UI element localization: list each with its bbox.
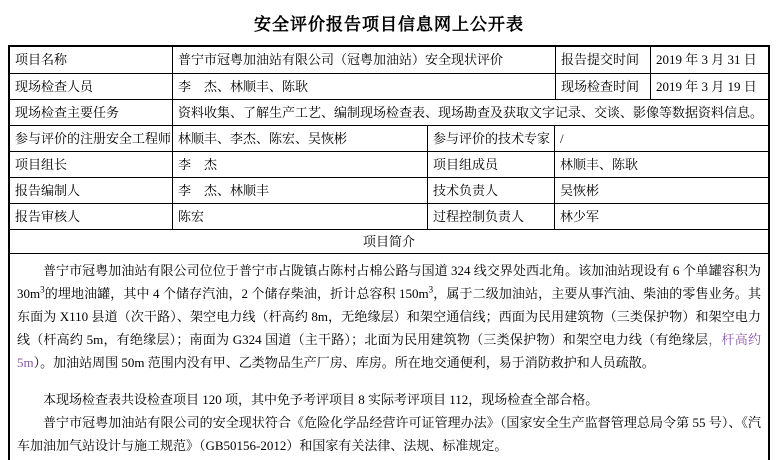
value-project-name: 普宁市冠粤加油站有限公司（冠粤加油站）安全现状评价 (172, 47, 555, 73)
project-info-table: 项目名称 普宁市冠粤加油站有限公司（冠粤加油站）安全现状评价 报告提交时间 20… (8, 45, 770, 460)
value-technical-director: 吴恢彬 (554, 178, 768, 203)
value-project-members: 林顺丰、陈耿 (554, 152, 768, 177)
value-inspection-tasks: 资料收集、了解生产工艺、编制现场检查表、现场勘查及获取文字记录、交谈、影像等数据… (172, 100, 768, 125)
table-row-project-leader: 项目组长 李 杰 项目组成员 林顺丰、陈耿 (10, 151, 768, 177)
table-row-report-reviewer: 报告审核人 陈宏 过程控制负责人 林少军 (10, 203, 768, 229)
table-row-engineers: 参与评价的注册安全工程师 林顺丰、李杰、陈宏、吴恢彬 参与评价的技术专家 / (10, 125, 768, 151)
value-registered-engineers: 林顺丰、李杰、陈宏、吴恢彬 (172, 126, 427, 151)
value-technical-experts: / (554, 126, 768, 151)
label-technical-experts: 参与评价的技术专家 (427, 126, 554, 151)
label-inspection-tasks: 现场检查主要任务 (10, 100, 172, 125)
value-inspection-time: 2019 年 3 月 19 日 (650, 74, 768, 99)
value-report-submit-time: 2019 年 3 月 31 日 (650, 47, 768, 73)
label-site-inspectors: 现场检查人员 (10, 74, 172, 99)
project-intro-text: 普宁市冠粤加油站有限公司位位于普宁市占陇镇占陈村占棉公路与国道 324 线交界处… (10, 254, 768, 460)
table-row-inspectors: 现场检查人员 李 杰、林顺丰、陈耿 现场检查时间 2019 年 3 月 19 日 (10, 73, 768, 99)
label-inspection-time: 现场检查时间 (555, 74, 650, 99)
label-process-control-manager: 过程控制负责人 (427, 204, 554, 229)
section-header-project-intro: 项目简介 (10, 230, 768, 253)
value-report-reviewer: 陈宏 (172, 204, 427, 229)
label-technical-director: 技术负责人 (427, 178, 554, 203)
table-row-inspection-tasks: 现场检查主要任务 资料收集、了解生产工艺、编制现场检查表、现场勘查及获取文字记录… (10, 99, 768, 125)
label-report-reviewer: 报告审核人 (10, 204, 172, 229)
table-row-project-intro: 普宁市冠粤加油站有限公司位位于普宁市占陇镇占陈村占棉公路与国道 324 线交界处… (10, 253, 768, 460)
value-site-inspectors: 李 杰、林顺丰、陈耿 (172, 74, 555, 99)
table-row-project-name: 项目名称 普宁市冠粤加油站有限公司（冠粤加油站）安全现状评价 报告提交时间 20… (10, 47, 768, 73)
value-process-control-manager: 林少军 (554, 204, 768, 229)
label-project-leader: 项目组长 (10, 152, 172, 177)
label-project-name: 项目名称 (10, 47, 172, 73)
page-title: 安全评价报告项目信息网上公开表 (0, 0, 778, 45)
label-registered-engineers: 参与评价的注册安全工程师 (10, 126, 172, 151)
table-row-section-header: 项目简介 (10, 229, 768, 253)
value-project-leader: 李 杰 (172, 152, 427, 177)
label-report-author: 报告编制人 (10, 178, 172, 203)
label-project-members: 项目组成员 (427, 152, 554, 177)
table-row-report-author: 报告编制人 李 杰、林顺丰 技术负责人 吴恢彬 (10, 177, 768, 203)
value-report-author: 李 杰、林顺丰 (172, 178, 427, 203)
label-report-submit-time: 报告提交时间 (555, 47, 650, 73)
